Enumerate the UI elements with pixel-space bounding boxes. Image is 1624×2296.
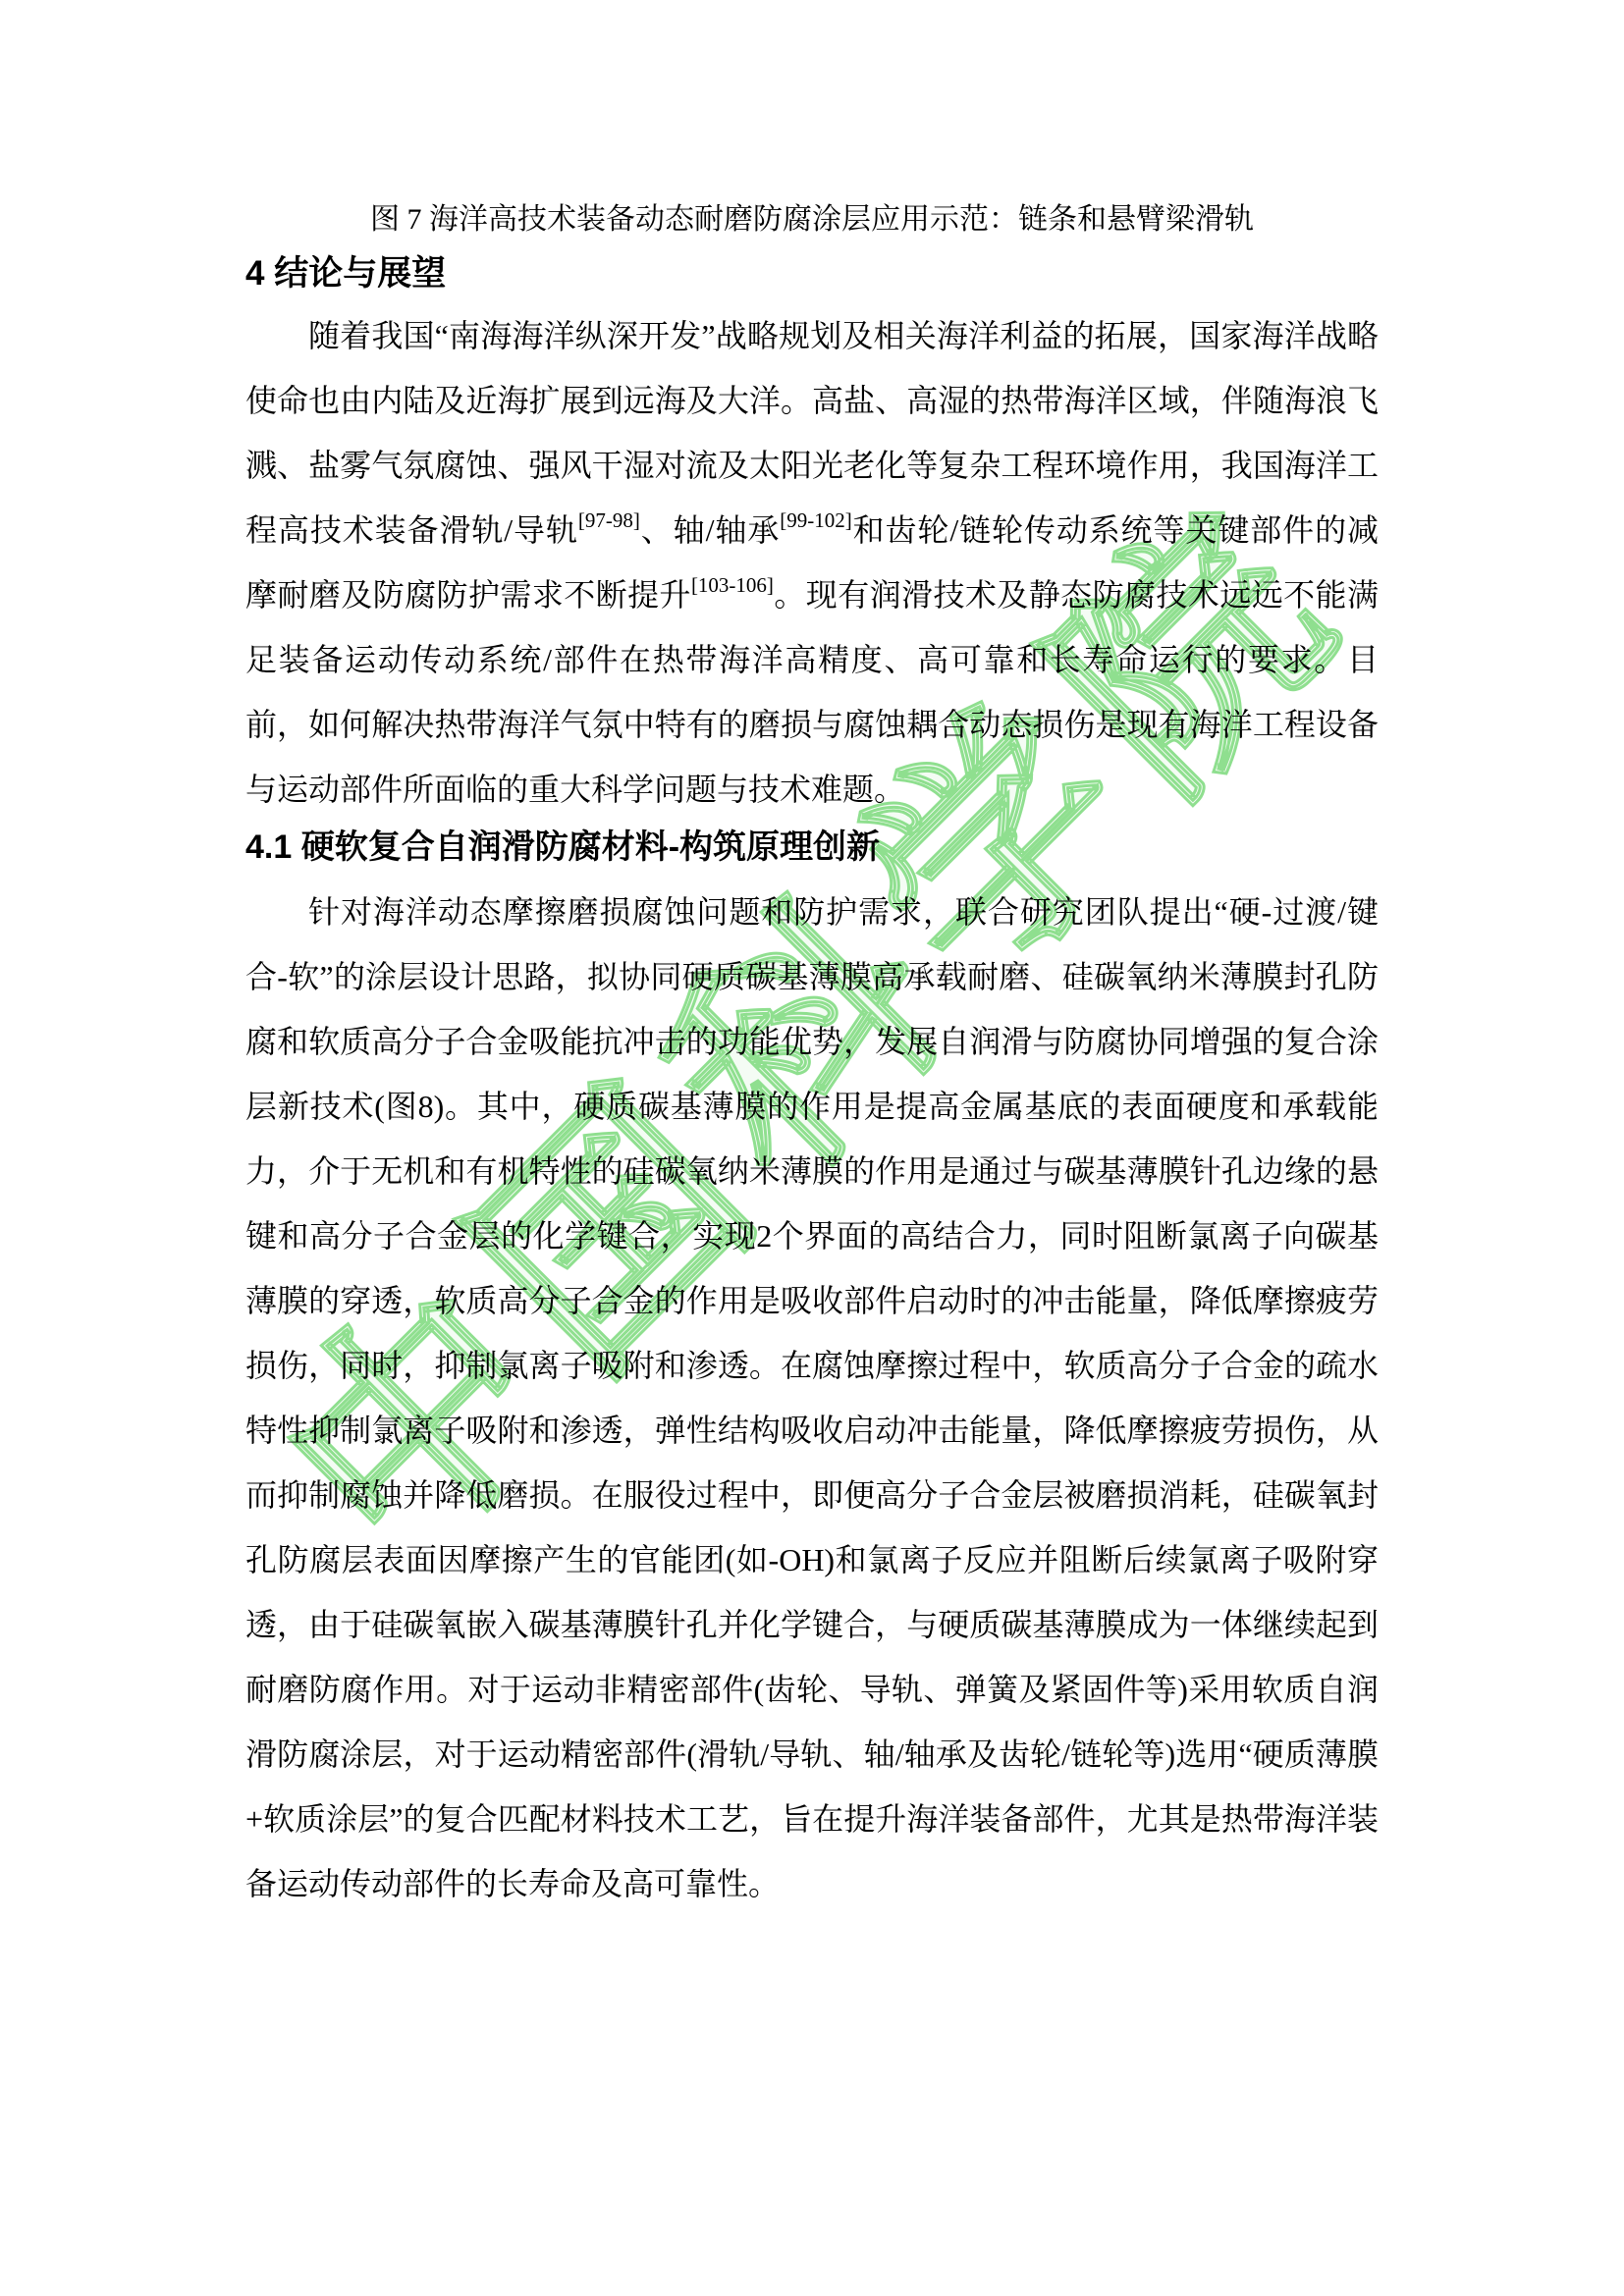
- document-page: { "page": { "background_color": "#ffffff…: [0, 0, 1624, 2296]
- paragraph-coating-design: 针对海洋动态摩擦磨损腐蚀问题和防护需求，联合研究团队提出“硬-过渡/键合-软”的…: [245, 880, 1379, 1916]
- subsection-heading: 4.1 硬软复合自润滑防腐材料-构筑原理创新: [245, 825, 1379, 870]
- paragraph-conclusion-intro: 随着我国“南海海洋纵深开发”战略规划及相关海洋利益的拓展，国家海洋战略使命也由内…: [245, 303, 1379, 822]
- section-heading: 4 结论与展望: [245, 250, 1379, 297]
- page-content: 图 7 海洋高技术装备动态耐磨防腐涂层应用示范：链条和悬臂梁滑轨 4 结论与展望…: [245, 199, 1379, 1916]
- figure-caption: 图 7 海洋高技术装备动态耐磨防腐涂层应用示范：链条和悬臂梁滑轨: [245, 199, 1379, 240]
